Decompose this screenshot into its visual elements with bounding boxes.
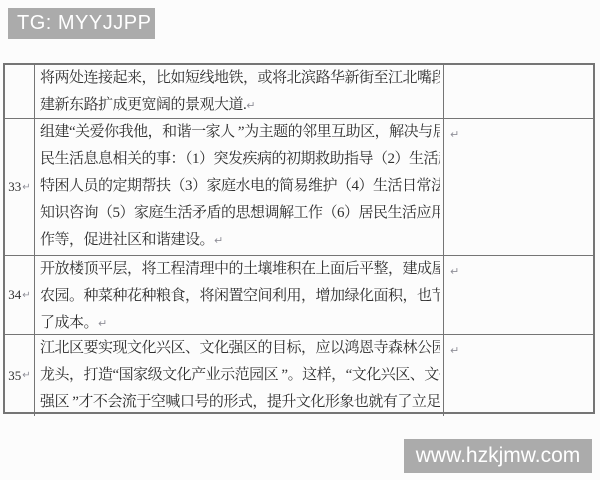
row-number-cell: 34↵ [5,256,35,335]
text-line-content: 了成本。 [40,315,98,331]
watermark-bottom-text: www.hzkjmw.com [416,444,581,468]
paragraph-mark-icon: ↵ [450,344,459,357]
paragraph-mark-icon: ↵ [98,317,107,330]
document-table: 将两处连接起来，比如短线地铁，或将北滨路华新街至江北嘴段、 建新东路扩成更宽阔的… [3,63,595,414]
row-number-cell: 33↵ [5,119,35,256]
row-answer-cell: ↵ [444,335,593,416]
paragraph-mark-icon: ↵ [22,370,30,381]
text-line-content: 建新东路扩成更宽阔的景观大道. [40,97,246,113]
text-line: 将两处连接起来，比如短线地铁，或将北滨路华新街至江北嘴段、 [40,65,440,92]
row-text-cell: 组建“关爱你我他，和谐一家人 ”为主题的邻里互助区，解决与居 民生活息息相关的事… [35,119,444,256]
row-text-cell: 开放楼顶平层，将工程清理中的土壤堆积在上面后平整，建成屋顶 农园。种菜种花种粮食… [35,256,444,335]
watermark-top-badge: TG: MYYJJPP [8,8,155,39]
paragraph-mark-icon: ↵ [450,128,459,141]
row-number: 34 [8,287,21,303]
watermark-bottom-badge: www.hzkjmw.com [404,439,592,473]
text-line-content: 强区 ”才不会流于空喊口号的形式，提升文化形象也就有了立足之 [40,394,440,410]
row-number: 33 [8,179,21,195]
text-line-content: 作等，促进社区和谐建设。 [40,232,214,248]
text-line: 农园。种菜种花种粮食，将闲置空间利用，增加绿化面积，也节省 [40,283,440,310]
text-line: 了成本。↵ [40,310,440,335]
paragraph-mark-icon: ↵ [214,234,223,247]
row-number-cell: 35↵ [5,335,35,416]
text-line: 特困人员的定期帮扶（3）家庭水电的简易维护（4）生活日常法律 [40,173,440,200]
row-answer-cell: ↵ [444,119,593,256]
text-line: 建新东路扩成更宽阔的景观大道.↵ [40,92,440,119]
row-text-cell: 江北区要实现文化兴区、文化强区的目标，应以鸿恩寺森林公园为 龙头，打造“国家级文… [35,335,444,416]
text-line: 组建“关爱你我他，和谐一家人 ”为主题的邻里互助区，解决与居 [40,119,440,146]
row-answer-cell: ↵ [444,256,593,335]
paragraph-mark-icon: ↵ [450,265,459,278]
text-line: 知识咨询（5）家庭生活矛盾的思想调解工作（6）居民生活应用写 [40,200,440,227]
paragraph-mark-icon: ↵ [22,290,30,301]
row-text-cell: 将两处连接起来，比如短线地铁，或将北滨路华新街至江北嘴段、 建新东路扩成更宽阔的… [35,65,444,119]
text-line: 作等，促进社区和谐建设。↵ [40,227,440,254]
text-line: 强区 ”才不会流于空喊口号的形式，提升文化形象也就有了立足之 [40,389,440,416]
paragraph-mark-icon: ↵ [22,182,30,193]
paragraph-mark-icon: ↵ [246,99,255,112]
text-line: 民生活息息相关的事：（1）突发疾病的初期救助指导（2）生活起居 [40,146,440,173]
watermark-top-text: TG: MYYJJPP [17,12,151,35]
text-line: 江北区要实现文化兴区、文化强区的目标，应以鸿恩寺森林公园为 [40,335,440,362]
text-line: 龙头，打造“国家级文化产业示范园区 ”。这样，“文化兴区、文化 [40,362,440,389]
row-number: 35 [8,368,21,384]
text-line: 开放楼顶平层，将工程清理中的土壤堆积在上面后平整，建成屋顶 [40,256,440,283]
row-answer-cell [444,65,593,119]
document-page: TG: MYYJJPP 将两处连接起来，比如短线地铁，或将北滨路华新街至江北嘴段… [0,0,600,480]
row-number-cell [5,65,35,119]
